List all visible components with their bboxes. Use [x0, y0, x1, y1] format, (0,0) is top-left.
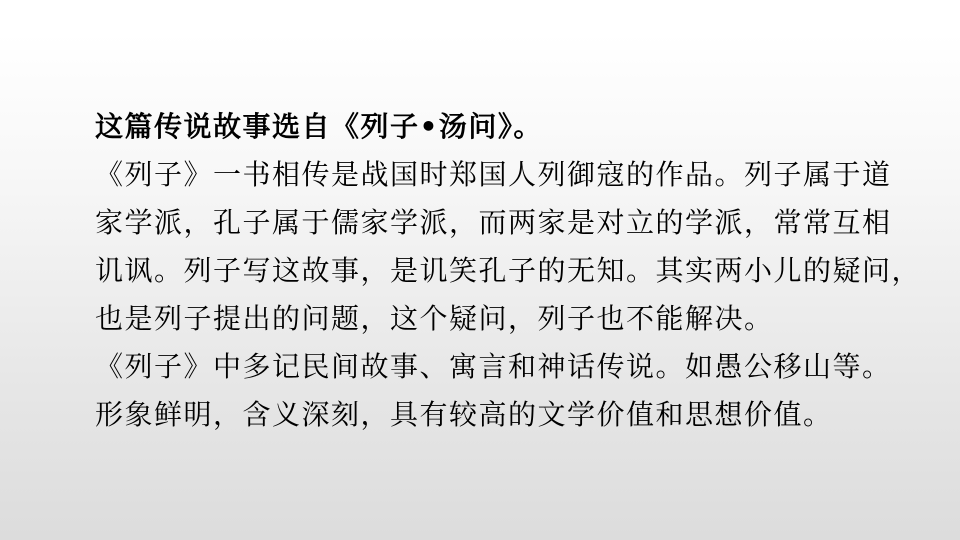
- body-line-1: 《列子》一书相传是战国时郑国人列御寇的作品。列子属于道: [95, 151, 895, 199]
- slide-title-line: 这篇传说故事选自《列子•汤问》。: [95, 103, 895, 151]
- body-line-6: 形象鲜明，含义深刻，具有较高的文学价值和思想价值。: [95, 391, 895, 439]
- body-line-4: 也是列子提出的问题，这个疑问，列子也不能解决。: [95, 295, 895, 343]
- body-line-5: 《列子》中多记民间故事、寓言和神话传说。如愚公移山等。: [95, 343, 895, 391]
- slide-background: 这篇传说故事选自《列子•汤问》。 《列子》一书相传是战国时郑国人列御寇的作品。列…: [0, 0, 960, 540]
- body-line-3: 讥讽。列子写这故事，是讥笑孔子的无知。其实两小儿的疑问，: [95, 247, 895, 295]
- slide-text-block: 这篇传说故事选自《列子•汤问》。 《列子》一书相传是战国时郑国人列御寇的作品。列…: [95, 103, 895, 439]
- body-line-2: 家学派，孔子属于儒家学派，而两家是对立的学派，常常互相: [95, 199, 895, 247]
